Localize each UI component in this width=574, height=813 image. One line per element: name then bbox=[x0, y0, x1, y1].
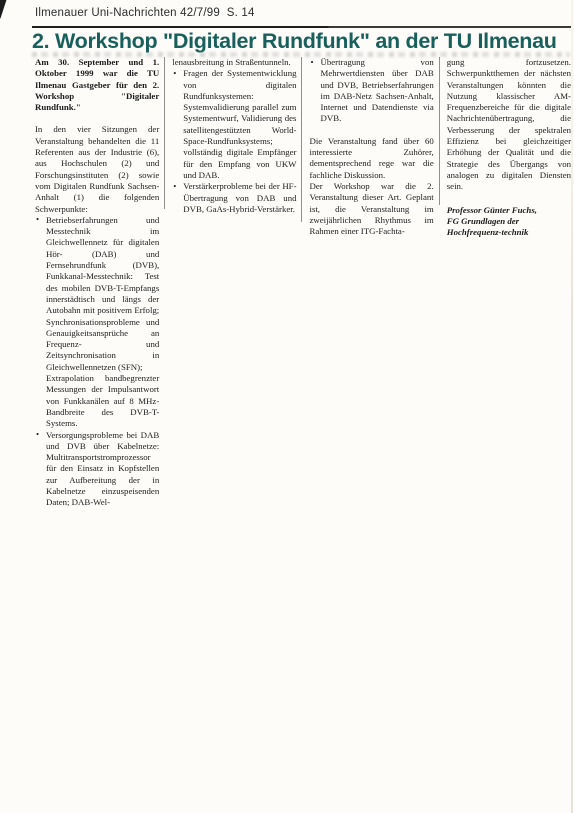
newsletter-page: Ilmenauer Uni-Nachrichten 42/7/99 S. 14 … bbox=[0, 0, 574, 813]
bullet-text: Verstärkerprobleme bei der HF-Übertragun… bbox=[183, 181, 296, 214]
bullet-icon: • bbox=[36, 214, 39, 225]
text-block-para: In den vier Sitzungen der Veranstaltung … bbox=[35, 124, 159, 214]
text-block-bullet: •Verstärkerprobleme bei der HF-Übertragu… bbox=[172, 181, 296, 215]
masthead: Ilmenauer Uni-Nachrichten 42/7/99 S. 14 bbox=[35, 7, 255, 19]
text-block-para-flush: lenausbreitung in Straßentunneln. bbox=[172, 57, 296, 68]
column-divider bbox=[164, 57, 165, 209]
text-block-cont: Extrapolation bandbegrenzter Messungen d… bbox=[35, 373, 159, 429]
article-column-3: •Übertragung von Mehrwertdiensten über D… bbox=[310, 57, 434, 509]
bullet-text: Betriebserfahrungen und Messtechnik im G… bbox=[46, 215, 159, 372]
article-title: 2. Workshop "Digitaler Rundfunk" an der … bbox=[32, 29, 572, 54]
text-block-bullet: •Betriebserfahrungen und Messtechnik im … bbox=[35, 215, 159, 373]
text-block-para: Die Veranstaltung fand über 60 interessi… bbox=[310, 136, 434, 181]
header-rule bbox=[32, 26, 571, 28]
text-block-para-flush: Der Workshop war die 2. Veranstaltung di… bbox=[310, 181, 434, 237]
text-block-para-flush: gung fortzusetzen. Schwerpunktthemen der… bbox=[447, 57, 571, 193]
article-column-1: Am 30. September und 1. Oktober 1999 war… bbox=[35, 57, 159, 509]
text-block-bullet: •Übertragung von Mehrwertdiensten über D… bbox=[310, 57, 434, 125]
bullet-icon: • bbox=[311, 57, 314, 68]
column-divider bbox=[301, 57, 302, 222]
bullet-text: Versorgungsprobleme bei DAB und DVB über… bbox=[46, 430, 159, 508]
text-block-bullet: •Fragen der Systementwicklung von digita… bbox=[172, 68, 296, 181]
text-block-sig: Professor Günter Fuchs, bbox=[447, 205, 571, 216]
bullet-icon: • bbox=[173, 181, 176, 192]
bullet-icon: • bbox=[173, 68, 176, 79]
text-block-sig-flush: FG Grundlagen der Hochfrequenz-technik bbox=[447, 216, 571, 239]
text-block-lead: Am 30. September und 1. Oktober 1999 war… bbox=[35, 57, 159, 113]
text-block-bullet: •Versorgungsprobleme bei DAB und DVB übe… bbox=[35, 430, 159, 509]
article-columns: Am 30. September und 1. Oktober 1999 war… bbox=[35, 57, 571, 509]
article-column-4: gung fortzusetzen. Schwerpunktthemen der… bbox=[447, 57, 571, 509]
bullet-icon: • bbox=[36, 429, 39, 440]
scan-artifact-corner bbox=[0, 0, 7, 19]
column-divider bbox=[439, 57, 440, 205]
article-column-2: lenausbreitung in Straßentunneln.•Fragen… bbox=[172, 57, 296, 509]
page-edge-line bbox=[571, 0, 573, 813]
bullet-text: Fragen der Systementwicklung von digital… bbox=[183, 68, 296, 180]
bullet-text: Übertragung von Mehrwertdiensten über DA… bbox=[321, 57, 434, 123]
